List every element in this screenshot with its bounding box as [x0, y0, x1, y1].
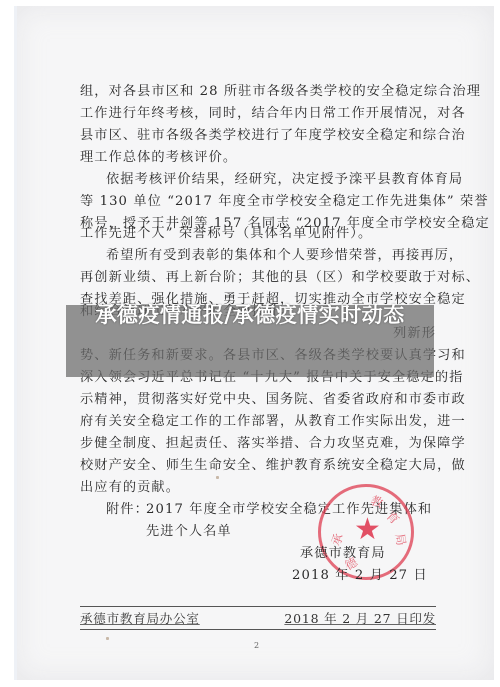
attachment-title-cont: 先进个人名单 — [146, 524, 232, 540]
body-line: 组，对各县市区和 28 所驻市各级各类学校的安全稳定综合治理 — [80, 84, 436, 100]
star-icon: ★ — [354, 515, 381, 545]
body-line: 希望所有受到表彰的集体和个人要珍惜荣誉，再接再厉， — [106, 248, 436, 264]
footer-divider — [80, 606, 436, 607]
footer-date: 2018 年 2 月 27 日印发 — [284, 611, 436, 627]
attachment-label: 附件： — [106, 502, 149, 518]
body-line: 校财产安全、师生生命安全、维护教育系统安全稳定大局，做 — [80, 458, 436, 474]
paper-speck — [216, 476, 219, 479]
page-edge — [14, 6, 17, 680]
issuance-line: 承德市教育局办公室 2018 年 2 月 27 日印发 — [80, 611, 436, 627]
body-line: 理工作总体的考核评价。 — [80, 150, 436, 166]
footer-bottom-rule — [80, 629, 436, 630]
body-line: 再创新业绩、再上新台阶；其他的县（区）和学校要敢于对标、 — [80, 270, 436, 286]
body-line: 依据考核评价结果，经研究，决定授予滦平县教育体育局 — [106, 172, 436, 188]
signature-date: 2018 年 2 月 27 日 — [292, 568, 428, 584]
footer-issuer: 承德市教育局办公室 — [80, 611, 200, 627]
body-line: 等 130 单位 “2017 年度全市学校安全稳定工作先进集体” 荣誉 — [80, 194, 436, 210]
body-line: 工作先进个人” 荣誉称号（具体名单见附件）。 — [80, 226, 436, 242]
body-line: 步健全制度、担起责任、落实举措、合力攻坚克难，为保障学 — [80, 436, 436, 452]
paper-speck — [106, 637, 109, 640]
seal-text: 育 — [383, 507, 404, 528]
body-line: 示精神，贯彻落实好党中央、国务院、省委省政府和市委市政 — [80, 392, 436, 408]
body-line: 工作进行年终考核，同时，结合年内日常工作开展情况，对各 — [80, 106, 436, 122]
body-line: 县市区、驻市各级各类学校进行了年度学校安全稳定和综合治 — [80, 128, 436, 144]
body-line: 府有关安全稳定工作的工作部署，从教育工作实际出发，进一 — [80, 414, 436, 430]
official-seal: ★ 教 育 局 承 德 — [318, 484, 414, 580]
banner-title[interactable]: 承德疫情通报/承德疫情实时动态 — [66, 303, 434, 327]
signature-org: 承德市教育局 — [300, 546, 386, 562]
seal-text: 局 — [392, 532, 411, 547]
page-number: 2 — [254, 641, 259, 650]
seal-text: 教 — [368, 491, 385, 511]
